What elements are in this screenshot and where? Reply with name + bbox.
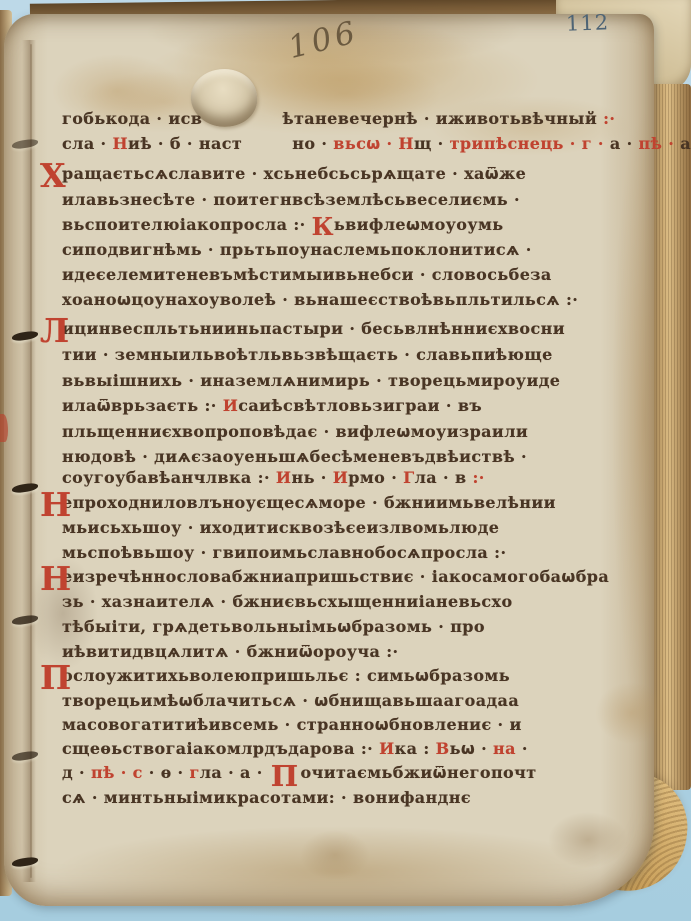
text-line: зь · хазнаителѧ · бжниєвьсхыщенниіаневьс… (62, 591, 513, 613)
text-segment: епроходниловлъноуєщесѧморе · бжниимьвелѣ… (62, 493, 556, 512)
text-segment: :· (603, 109, 615, 128)
drop-cap: К (312, 212, 334, 241)
text-segment: ѣтаневечернѣ · иживотьвѣчный (282, 109, 603, 128)
drop-cap: Л (40, 314, 70, 347)
text-line: сиподвигнѣмь · прьтьпоунаслемьпоклонитис… (62, 239, 532, 261)
text-segment: нюдовѣ · диѧєзаоуеньшѧбесѣменевъдвѣиствѣ… (62, 447, 527, 466)
text-segment: И (379, 739, 395, 758)
text-line: пльщенниєхвопроповѣдає · вифлеѡмоуизраил… (62, 421, 528, 443)
text-segment: пльщенниєхвопроповѣдає · вифлеѡмоуизраил… (62, 422, 528, 441)
text-segment: иѣвитидвцѧлитѧ · бжниѿороуча :· (62, 642, 399, 661)
text-line: сла · Ниѣ · б · настно · вьсѡ · Нщ · три… (62, 133, 691, 155)
text-segment: ращаєтьсѧславите · хсьнебсьсьрѧщате · ха… (62, 164, 526, 183)
text-line: Неизречѣннословабжниапришьствиє · іакоса… (62, 566, 609, 588)
text-line: вьспоителюіакопросла :· Кьвифлеѡмоуоумь (62, 214, 504, 236)
text-segment: илаѿврьзаєть :· (62, 396, 223, 415)
text-segment: ицинвеспльтьнииньпастыри · бесьвлнѣнниєх… (62, 319, 565, 338)
text-segment: И (333, 468, 349, 487)
text-segment: · ѳ · (149, 763, 190, 782)
drop-cap: Х (40, 159, 66, 192)
text-segment: еизречѣннословабжниапришьствиє · іакосам… (62, 567, 609, 586)
text-segment: на (493, 739, 516, 758)
text-block: гобькода · исвѣтаневечернѣ · иживотьвѣчн… (62, 0, 648, 830)
text-segment: :· (472, 468, 484, 487)
text-segment: творецьимѣѡблачитьсѧ · ѡбнищавьшаагоадаа (62, 691, 519, 710)
text-segment: тѣбыіти, грѧдетьвольныімьѡбразомь · про (62, 617, 485, 636)
text-segment: нь · (291, 468, 332, 487)
text-line: илаѿврьзаєть :· Исаиѣсвѣтловьзиграи · въ (62, 395, 482, 417)
text-line: тѣбыіти, грѧдетьвольныімьѡбразомь · про (62, 616, 485, 638)
text-segment: а · ірмѡ (674, 134, 691, 153)
text-line: хоаноѡцоунахоуволеѣ · вьнашеєствоѣвьпльт… (62, 289, 578, 311)
text-segment: ка : (395, 739, 436, 758)
text-line: идеєелемитеневъмѣстимыивьнебси · словось… (62, 264, 552, 286)
text-segment: вьспоителюіакопросла :· (62, 215, 312, 234)
text-segment: пѣ · с (91, 763, 149, 782)
text-line: масовогатитиѣивсемь · странноѡбновлениє … (62, 714, 522, 736)
text-segment: иѣ · б · наст (128, 134, 242, 153)
text-segment: трипѣснець · г · (450, 134, 604, 153)
text-segment: сла · (62, 134, 113, 153)
text-segment: но · (292, 134, 333, 153)
text-line: соугоубавѣанчлвка :· Инь · Ирмо · Гла · … (62, 467, 485, 489)
text-line: мьисьхьшоу · иходитисквозѣєеизлвомьлюде (62, 517, 499, 539)
text-line: илавьзнесѣте · поитегнвсѣземлѣсьвеселиєм… (62, 189, 520, 211)
text-segment: ослоужитихьволеюпришьльє : симьѡбразомь (62, 666, 510, 685)
text-segment: ьвифлеѡмоуоумь (334, 215, 504, 234)
text-line: мьспоѣвьшоу · гвипоимьславнобосѧпросла :… (62, 542, 506, 564)
text-line: д · пѣ · с · ѳ · гла · а · Почитаємьбжиѿ… (62, 762, 537, 784)
text-segment: пѣ · (639, 134, 675, 153)
water-stain (300, 830, 370, 880)
text-line: сщеѳьствогаіакомлрдъдарова :· Ика : Вьѡ … (62, 738, 528, 760)
text-segment: рмо · (348, 468, 403, 487)
text-segment: мьспоѣвьшоу · гвипоимьславнобосѧпросла :… (62, 543, 506, 562)
text-segment: сщеѳьствогаіакомлрдъдарова :· (62, 739, 379, 758)
text-line: тии · земныильвоѣтльвьзвѣщаєть · славьпи… (62, 344, 553, 366)
text-line: гобькода · исвѣтаневечернѣ · иживотьвѣчн… (62, 108, 615, 130)
text-segment: тии · земныильвоѣтльвьзвѣщаєть · славьпи… (62, 345, 553, 364)
text-segment: илавьзнесѣте · поитегнвсѣземлѣсьвеселиєм… (62, 190, 520, 209)
text-line: сѧ · минтьныімикрасотами: · вонифанднє (62, 787, 471, 809)
text-line: творецьимѣѡблачитьсѧ · ѡбнищавьшаагоадаа (62, 690, 519, 712)
text-segment: ла · а · (200, 763, 269, 782)
text-segment: И (223, 396, 239, 415)
text-segment: ьѡ · (450, 739, 493, 758)
text-segment: сѧ · минтьныімикрасотами: · вонифанднє (62, 788, 471, 807)
text-segment: · (516, 739, 528, 758)
text-segment: ла · в (415, 468, 473, 487)
text-line: иѣвитидвцѧлитѧ · бжниѿороуча :· (62, 641, 399, 663)
text-segment: масовогатитиѣивсемь · странноѡбновлениє … (62, 715, 522, 734)
text-segment: г (189, 763, 199, 782)
text-segment: вьвыішнихь · иназемлѧнимирь · творецьмир… (62, 371, 560, 390)
text-segment: В (436, 739, 450, 758)
text-segment: щ · (414, 134, 450, 153)
text-line: Непроходниловлъноуєщесѧморе · бжниимьвел… (62, 492, 556, 514)
text-line: нюдовѣ · диѧєзаоуеньшѧбесѣменевъдвѣиствѣ… (62, 446, 527, 468)
text-segment: очитаємьбжиѿнегопочт (301, 763, 537, 782)
text-segment: сиподвигнѣмь · прьтьпоунаслемьпоклонитис… (62, 240, 532, 259)
text-line: Хращаєтьсѧславите · хсьнебсьсьрѧщате · х… (62, 163, 526, 185)
text-segment: Н (113, 134, 129, 153)
manuscript-photo: 106 112 гобькода · исвѣтаневечернѣ · ижи… (0, 0, 691, 921)
text-segment: а · (604, 134, 639, 153)
text-segment: хоаноѡцоунахоуволеѣ · вьнашеєствоѣвьпльт… (62, 290, 578, 309)
text-segment: И (276, 468, 292, 487)
text-segment: саиѣсвѣтловьзиграи · въ (238, 396, 482, 415)
text-segment: д · (62, 763, 91, 782)
text-segment: зь · хазнаителѧ · бжниєвьсхыщенниіаневьс… (62, 592, 513, 611)
text-line: Лицинвеспльтьнииньпастыри · бесьвлнѣнниє… (62, 318, 565, 340)
text-line: Послоужитихьволеюпришьльє : симьѡбразомь (62, 665, 510, 687)
text-segment: гобькода · исв (62, 109, 202, 128)
text-segment: Г (403, 468, 414, 487)
text-segment: идеєелемитеневъмѣстимыивьнебси · словось… (62, 265, 552, 284)
text-segment: вьсѡ · Н (333, 134, 414, 153)
text-segment: соугоубавѣанчлвка :· (62, 468, 276, 487)
text-segment: мьисьхьшоу · иходитисквозѣєеизлвомьлюде (62, 518, 499, 537)
text-line: вьвыішнихь · иназемлѧнимирь · творецьмир… (62, 370, 560, 392)
